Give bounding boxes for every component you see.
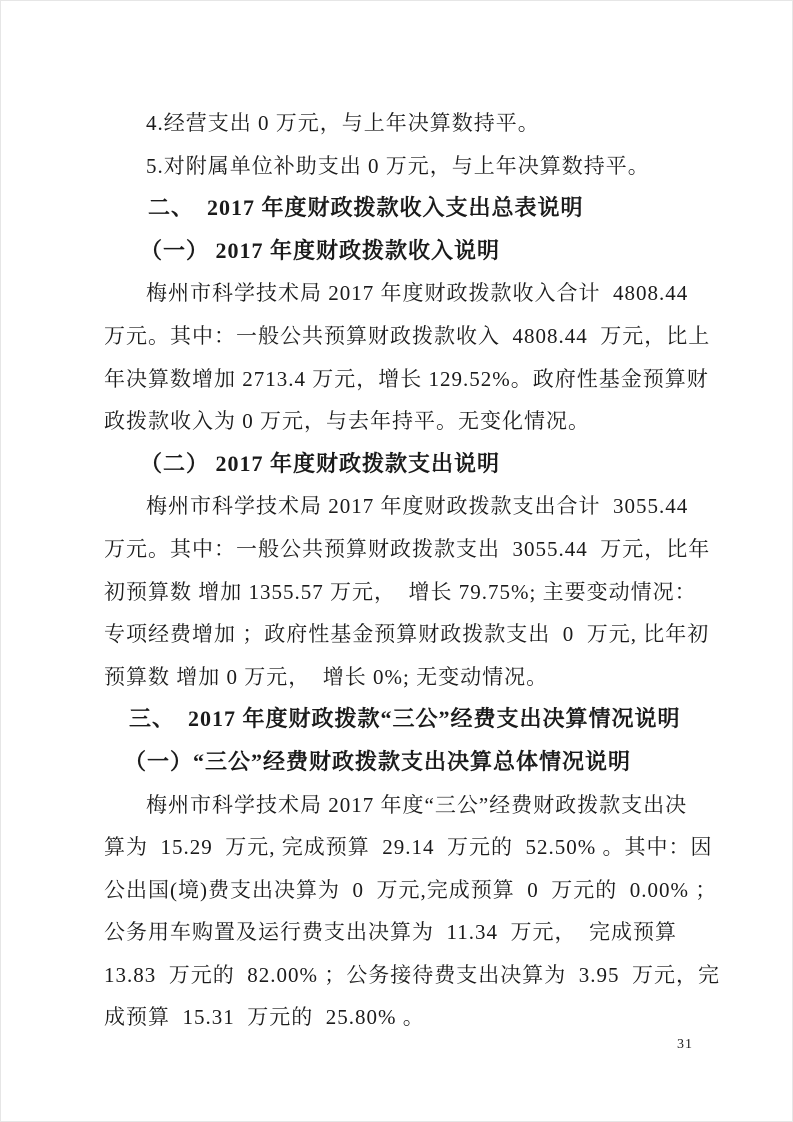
body-line: 公出国(境)费支出决算为 0 万元,完成预算 0 万元的 0.00% ； [104, 869, 712, 912]
page-number: 31 [677, 1037, 693, 1053]
body-line: 梅州市科学技术局 2017 年度“三公”经费财政拨款支出决 [104, 784, 712, 827]
section-heading: 三、 2017 年度财政拨款“三公”经费支出决算情况说明 [104, 698, 712, 741]
section-heading: （一）“三公”经费财政拨款支出决算总体情况说明 [104, 741, 712, 784]
section-heading: （二） 2017 年度财政拨款支出说明 [104, 443, 712, 486]
body-line: 万元。其中：一般公共预算财政拨款收入 4808.44 万元，比上 [104, 315, 712, 358]
body-line: 成预算 15.31 万元的 25.80% 。 [104, 996, 712, 1039]
section-heading: （一） 2017 年度财政拨款收入说明 [104, 230, 712, 273]
body-line: 公务用车购置及运行费支出决算为 11.34 万元， 完成预算 [104, 911, 712, 954]
section-heading: 二、 2017 年度财政拨款收入支出总表说明 [104, 187, 712, 230]
body-line: 专项经费增加 ；政府性基金预算财政拨款支出 0 万元, 比年初 [104, 613, 712, 656]
body-line: 5.对附属单位补助支出 0 万元，与上年决算数持平。 [104, 145, 712, 188]
body-line: 年决算数增加 2713.4 万元，增长 129.52%。政府性基金预算财 [104, 358, 712, 401]
document-body: 4.经营支出 0 万元，与上年决算数持平。 5.对附属单位补助支出 0 万元，与… [104, 102, 712, 1039]
body-line: 梅州市科学技术局 2017 年度财政拨款支出合计 3055.44 [104, 485, 712, 528]
body-line: 预算数 增加 0 万元， 增长 0%; 无变动情况。 [104, 656, 712, 699]
body-line: 万元。其中：一般公共预算财政拨款支出 3055.44 万元，比年 [104, 528, 712, 571]
body-line: 初预算数 增加 1355.57 万元， 增长 79.75%; 主要变动情况： [104, 571, 712, 614]
body-line: 梅州市科学技术局 2017 年度财政拨款收入合计 4808.44 [104, 272, 712, 315]
document-page: 4.经营支出 0 万元，与上年决算数持平。 5.对附属单位补助支出 0 万元，与… [0, 0, 793, 1122]
body-line: 政拨款收入为 0 万元，与去年持平。无变化情况。 [104, 400, 712, 443]
body-line: 算为 15.29 万元, 完成预算 29.14 万元的 52.50% 。其中：因 [104, 826, 712, 869]
body-line: 4.经营支出 0 万元，与上年决算数持平。 [104, 102, 712, 145]
body-line: 13.83 万元的 82.00% ；公务接待费支出决算为 3.95 万元，完 [104, 954, 712, 997]
